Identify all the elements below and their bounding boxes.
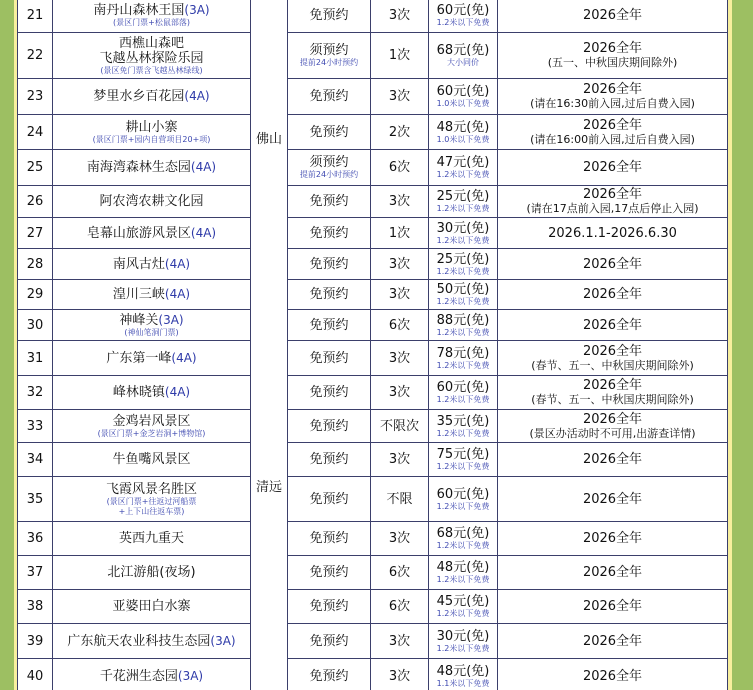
spot-name-cell: 皂幕山旅游风景区(4A): [53, 218, 251, 249]
booking-status: 免预约: [288, 492, 370, 507]
booking-cell: 免预约: [288, 280, 371, 310]
spot-name: 千花洲生态园: [100, 669, 178, 684]
table-row: 31 广东第一峰(4A) 免预约 3次 78元(免) 1.2米以下免费 2026…: [18, 341, 728, 376]
price-note: 1.2米以下免费: [429, 429, 497, 439]
spot-name-cell: 飞霞风景名胜区 (景区门票+往返过河船票 +上下山往返车票): [53, 477, 251, 522]
spot-name: 南风古灶: [113, 257, 165, 272]
valid-period: 2026全年: [498, 565, 727, 580]
spot-name-cell: 牛鱼嘴风景区: [53, 443, 251, 477]
row-number: 29: [18, 280, 53, 310]
period-note: (春节、五一、中秋国庆期间除外): [498, 393, 727, 407]
booking-status: 免预约: [288, 226, 370, 241]
usage-times: 3次: [371, 186, 429, 218]
booking-status: 须预约: [288, 43, 370, 58]
price-cell: 60元(免) 1.2米以下免费: [429, 477, 498, 522]
booking-cell: 免预约: [288, 556, 371, 590]
ticket-price: 60元(免): [429, 487, 497, 502]
valid-period: 2026全年: [498, 118, 727, 133]
table-row: 24 耕山小寨 (景区门票+园内自营项目20+项) 免预约 2次 48元(免) …: [18, 115, 728, 150]
table-row: 29 湟川三峡(4A) 清远 免预约 3次 50元(免) 1.2米以下免费 20…: [18, 280, 728, 310]
right-green-border: [732, 0, 753, 690]
usage-times: 6次: [371, 310, 429, 341]
booking-status: 免预约: [288, 385, 370, 400]
usage-times: 3次: [371, 341, 429, 376]
ticket-price: 78元(免): [429, 346, 497, 361]
valid-period-cell: 2026全年: [498, 522, 728, 556]
spot-name: 梦里水乡百花园: [93, 89, 184, 104]
booking-status: 免预约: [288, 599, 370, 614]
valid-period-cell: 2026全年 (请在16:30前入园,过后自费入园): [498, 79, 728, 115]
spot-name: 阿农湾农耕文化园: [99, 194, 203, 209]
valid-period-cell: 2026全年: [498, 443, 728, 477]
booking-status: 免预约: [288, 89, 370, 104]
table-row: 37 北江游船(夜场) 免预约 6次 48元(免) 1.2米以下免费 2026全…: [18, 556, 728, 590]
row-number: 36: [18, 522, 53, 556]
valid-period: 2026全年: [498, 378, 727, 393]
spot-name-note: (神仙笔洞门票): [53, 328, 250, 338]
ticket-price: 25元(免): [429, 189, 497, 204]
table-row: 33 金鸡岩风景区 (景区门票+金芝岩洞+博物馆) 免预约 不限次 35元(免)…: [18, 410, 728, 443]
valid-period: 2026全年: [498, 82, 727, 97]
price-note: 1.2米以下免费: [429, 361, 497, 371]
booking-status: 免预约: [288, 287, 370, 302]
price-cell: 75元(免) 1.2米以下免费: [429, 443, 498, 477]
spot-level: (3A): [184, 3, 209, 17]
valid-period-cell: 2026全年 (春节、五一、中秋国庆期间除外): [498, 376, 728, 410]
spot-name: 湟川三峡: [113, 287, 165, 302]
valid-period-cell: 2026全年: [498, 0, 728, 33]
period-note: (请在17点前入园,17点后停止入园): [498, 202, 727, 216]
spot-name-cell: 湟川三峡(4A): [53, 280, 251, 310]
table-row: 23 梦里水乡百花园(4A) 免预约 3次 60元(免) 1.0米以下免费 20…: [18, 79, 728, 115]
booking-cell: 免预约: [288, 0, 371, 33]
booking-cell: 免预约: [288, 443, 371, 477]
table-row: 39 广东航天农业科技生态园(3A) 免预约 3次 30元(免) 1.2米以下免…: [18, 624, 728, 659]
booking-status: 免预约: [288, 194, 370, 209]
spot-level: (4A): [191, 226, 216, 240]
spot-name-cell: 英西九重天: [53, 522, 251, 556]
valid-period: 2026.1.1-2026.6.30: [498, 226, 727, 241]
row-number: 24: [18, 115, 53, 150]
period-note: (春节、五一、中秋国庆期间除外): [498, 359, 727, 373]
row-number: 34: [18, 443, 53, 477]
valid-period-cell: 2026全年: [498, 590, 728, 624]
valid-period: 2026全年: [498, 599, 727, 614]
table-row: 30 神峰关(3A) (神仙笔洞门票) 免预约 6次 88元(免) 1.2米以下…: [18, 310, 728, 341]
spot-name-cell: 南丹山森林王国(3A) (景区门票+松鼠部落): [53, 0, 251, 33]
valid-period-cell: 2026全年: [498, 249, 728, 280]
table-row: 21 南丹山森林王国(3A) (景区门票+松鼠部落) 佛山 免预约 3次 60元…: [18, 0, 728, 33]
table-row: 36 英西九重天 免预约 3次 68元(免) 1.2米以下免费 2026全年: [18, 522, 728, 556]
row-number: 21: [18, 0, 53, 33]
price-note: 1.0米以下免费: [429, 99, 497, 109]
booking-status: 免预约: [288, 351, 370, 366]
usage-times: 不限次: [371, 410, 429, 443]
booking-status: 免预约: [288, 669, 370, 684]
spot-name-cell: 神峰关(3A) (神仙笔洞门票): [53, 310, 251, 341]
valid-period: 2026全年: [498, 257, 727, 272]
valid-period: 2026全年: [498, 160, 727, 175]
table-row: 25 南海湾森林生态园(4A) 须预约 提前24小时预约 6次 47元(免) 1…: [18, 150, 728, 186]
booking-note: 提前24小时预约: [288, 58, 370, 68]
booking-status: 须预约: [288, 155, 370, 170]
ticket-price: 48元(免): [429, 120, 497, 135]
valid-period: 2026全年: [498, 531, 727, 546]
spot-name-note: (景区免门票含飞越丛林绿线): [53, 66, 250, 76]
price-note: 1.2米以下免费: [429, 236, 497, 246]
booking-status: 免预约: [288, 318, 370, 333]
ticket-price: 30元(免): [429, 629, 497, 644]
period-note: (请在16:00前入园,过后自费入园): [498, 133, 727, 147]
price-note: 1.0米以下免费: [429, 135, 497, 145]
booking-status: 免预约: [288, 8, 370, 23]
spot-name-cell: 亚婆田白水寨: [53, 590, 251, 624]
spot-name-note: (景区门票+金芝岩洞+博物馆): [53, 429, 250, 439]
usage-times: 3次: [371, 79, 429, 115]
price-cell: 60元(免) 1.2米以下免费: [429, 0, 498, 33]
price-note: 1.2米以下免费: [429, 502, 497, 512]
ticket-price: 25元(免): [429, 252, 497, 267]
price-cell: 30元(免) 1.2米以下免费: [429, 624, 498, 659]
spot-name-cell: 南风古灶(4A): [53, 249, 251, 280]
price-note: 1.2米以下免费: [429, 267, 497, 277]
usage-times: 3次: [371, 249, 429, 280]
valid-period: 2026全年: [498, 187, 727, 202]
period-note: (五一、中秋国庆期间除外): [498, 56, 727, 70]
spot-name: 北江游船(夜场): [107, 565, 195, 580]
valid-period-cell: 2026全年 (请在17点前入园,17点后停止入园): [498, 186, 728, 218]
price-note: 1.2米以下免费: [429, 297, 497, 307]
booking-status: 免预约: [288, 257, 370, 272]
ticket-price: 35元(免): [429, 414, 497, 429]
period-note: (请在16:30前入园,过后自费入园): [498, 97, 727, 111]
usage-times: 1次: [371, 218, 429, 249]
price-note: 1.2米以下免费: [429, 541, 497, 551]
booking-cell: 须预约 提前24小时预约: [288, 33, 371, 79]
row-number: 33: [18, 410, 53, 443]
price-note: 1.2米以下免费: [429, 170, 497, 180]
booking-cell: 免预约: [288, 376, 371, 410]
valid-period: 2026全年: [498, 492, 727, 507]
spot-level: (4A): [165, 257, 190, 271]
spot-level: (4A): [184, 89, 209, 103]
row-number: 25: [18, 150, 53, 186]
row-number: 23: [18, 79, 53, 115]
period-note: (景区办活动时不可用,出游查详情): [498, 427, 727, 441]
row-number: 31: [18, 341, 53, 376]
price-note: 1.2米以下免费: [429, 328, 497, 338]
booking-cell: 免预约: [288, 249, 371, 280]
ticket-price: 88元(免): [429, 313, 497, 328]
city-cell-qingyuan: 清远: [251, 280, 288, 690]
price-cell: 60元(免) 1.0米以下免费: [429, 79, 498, 115]
spot-name: 皂幕山旅游风景区: [87, 226, 191, 241]
valid-period-cell: 2026全年 (景区办活动时不可用,出游查详情): [498, 410, 728, 443]
valid-period-cell: 2026全年: [498, 624, 728, 659]
row-number: 28: [18, 249, 53, 280]
valid-period-cell: 2026全年: [498, 477, 728, 522]
spot-name: 亚婆田白水寨: [112, 599, 190, 614]
booking-status: 免预约: [288, 531, 370, 546]
spot-name-cell: 金鸡岩风景区 (景区门票+金芝岩洞+博物馆): [53, 410, 251, 443]
booking-status: 免预约: [288, 125, 370, 140]
table-row: 34 牛鱼嘴风景区 免预约 3次 75元(免) 1.2米以下免费 2026全年: [18, 443, 728, 477]
ticket-price: 48元(免): [429, 560, 497, 575]
price-cell: 35元(免) 1.2米以下免费: [429, 410, 498, 443]
spot-name: 峰林晓镇: [113, 385, 165, 400]
valid-period-cell: 2026全年: [498, 280, 728, 310]
ticket-price: 48元(免): [429, 664, 497, 679]
row-number: 39: [18, 624, 53, 659]
table-row: 22 西樵山森吧 飞越丛林探险乐园 (景区免门票含飞越丛林绿线) 须预约 提前2…: [18, 33, 728, 79]
spot-name: 飞霞风景名胜区: [106, 482, 197, 497]
row-number: 27: [18, 218, 53, 249]
spot-name-cell: 阿农湾农耕文化园: [53, 186, 251, 218]
booking-status: 免预约: [288, 634, 370, 649]
spot-name-cell: 广东第一峰(4A): [53, 341, 251, 376]
price-cell: 88元(免) 1.2米以下免费: [429, 310, 498, 341]
usage-times: 3次: [371, 659, 429, 690]
usage-times: 3次: [371, 0, 429, 33]
ticket-price: 75元(免): [429, 447, 497, 462]
spot-name: 广东航天农业科技生态园: [67, 634, 210, 649]
price-note: 1.1米以下免费: [429, 679, 497, 689]
spot-name: 耕山小寨: [125, 120, 177, 135]
booking-cell: 免预约: [288, 341, 371, 376]
ticket-price: 68元(免): [429, 526, 497, 541]
spot-name-cell: 广东航天农业科技生态园(3A): [53, 624, 251, 659]
valid-period-cell: 2026.1.1-2026.6.30: [498, 218, 728, 249]
spot-name: 金鸡岩风景区: [112, 414, 190, 429]
spot-name: 英西九重天: [119, 531, 184, 546]
spot-name-cell: 峰林晓镇(4A): [53, 376, 251, 410]
valid-period-cell: 2026全年 (请在16:00前入园,过后自费入园): [498, 115, 728, 150]
usage-times: 1次: [371, 33, 429, 79]
spot-name-note: (景区门票+往返过河船票 +上下山往返车票): [53, 497, 250, 517]
valid-period: 2026全年: [498, 452, 727, 467]
price-note: 1.2米以下免费: [429, 575, 497, 585]
price-cell: 48元(免) 1.1米以下免费: [429, 659, 498, 690]
price-cell: 48元(免) 1.0米以下免费: [429, 115, 498, 150]
spot-level: (3A): [158, 313, 183, 327]
booking-cell: 免预约: [288, 659, 371, 690]
valid-period: 2026全年: [498, 412, 727, 427]
ticket-price: 60元(免): [429, 380, 497, 395]
ticket-price: 50元(免): [429, 282, 497, 297]
usage-times: 3次: [371, 443, 429, 477]
city-cell-foshan: 佛山: [251, 0, 288, 280]
table-row: 32 峰林晓镇(4A) 免预约 3次 60元(免) 1.2米以下免费 2026全…: [18, 376, 728, 410]
booking-cell: 免预约: [288, 590, 371, 624]
price-note: 1.2米以下免费: [429, 462, 497, 472]
booking-cell: 须预约 提前24小时预约: [288, 150, 371, 186]
price-note: 1.2米以下免费: [429, 644, 497, 654]
spot-name: 南海湾森林生态园: [87, 160, 191, 175]
booking-status: 免预约: [288, 419, 370, 434]
spot-name-note: (景区门票+园内自营项目20+项): [53, 135, 250, 145]
ticket-price: 47元(免): [429, 155, 497, 170]
valid-period: 2026全年: [498, 344, 727, 359]
booking-status: 免预约: [288, 565, 370, 580]
spot-name: 西樵山森吧 飞越丛林探险乐园: [99, 36, 203, 66]
spot-name-cell: 西樵山森吧 飞越丛林探险乐园 (景区免门票含飞越丛林绿线): [53, 33, 251, 79]
valid-period-cell: 2026全年 (春节、五一、中秋国庆期间除外): [498, 341, 728, 376]
valid-period-cell: 2026全年: [498, 659, 728, 690]
booking-cell: 免预约: [288, 79, 371, 115]
spot-level: (4A): [171, 351, 196, 365]
valid-period: 2026全年: [498, 287, 727, 302]
price-cell: 78元(免) 1.2米以下免费: [429, 341, 498, 376]
price-cell: 47元(免) 1.2米以下免费: [429, 150, 498, 186]
price-cell: 25元(免) 1.2米以下免费: [429, 186, 498, 218]
valid-period-cell: 2026全年: [498, 150, 728, 186]
table-row: 26 阿农湾农耕文化园 免预约 3次 25元(免) 1.2米以下免费 2026全…: [18, 186, 728, 218]
spot-name-cell: 南海湾森林生态园(4A): [53, 150, 251, 186]
usage-times: 6次: [371, 556, 429, 590]
price-cell: 30元(免) 1.2米以下免费: [429, 218, 498, 249]
price-cell: 48元(免) 1.2米以下免费: [429, 556, 498, 590]
price-note: 1.2米以下免费: [429, 18, 497, 28]
valid-period: 2026全年: [498, 8, 727, 23]
spot-level: (4A): [191, 160, 216, 174]
ticket-price: 60元(免): [429, 3, 497, 18]
row-number: 37: [18, 556, 53, 590]
usage-times: 2次: [371, 115, 429, 150]
valid-period: 2026全年: [498, 318, 727, 333]
booking-cell: 免预约: [288, 115, 371, 150]
price-note: 1.2米以下免费: [429, 395, 497, 405]
row-number: 32: [18, 376, 53, 410]
usage-times: 不限: [371, 477, 429, 522]
spot-name: 牛鱼嘴风景区: [112, 452, 190, 467]
row-number: 30: [18, 310, 53, 341]
price-cell: 68元(免) 大小同价: [429, 33, 498, 79]
row-number: 22: [18, 33, 53, 79]
valid-period-cell: 2026全年: [498, 310, 728, 341]
table-row: 27 皂幕山旅游风景区(4A) 免预约 1次 30元(免) 1.2米以下免费 2…: [18, 218, 728, 249]
left-green-border: [0, 0, 14, 690]
table-row: 40 千花洲生态园(3A) 免预约 3次 48元(免) 1.1米以下免费 202…: [18, 659, 728, 690]
booking-cell: 免预约: [288, 218, 371, 249]
usage-times: 3次: [371, 624, 429, 659]
spot-name: 神峰关: [119, 313, 158, 328]
spot-name: 广东第一峰: [106, 351, 171, 366]
spot-name-cell: 千花洲生态园(3A): [53, 659, 251, 690]
valid-period: 2026全年: [498, 634, 727, 649]
table-row: 28 南风古灶(4A) 免预约 3次 25元(免) 1.2米以下免费 2026全…: [18, 249, 728, 280]
usage-times: 6次: [371, 150, 429, 186]
spot-name-cell: 耕山小寨 (景区门票+园内自营项目20+项): [53, 115, 251, 150]
valid-period: 2026全年: [498, 41, 727, 56]
booking-cell: 免预约: [288, 410, 371, 443]
valid-period-cell: 2026全年 (五一、中秋国庆期间除外): [498, 33, 728, 79]
usage-times: 3次: [371, 522, 429, 556]
booking-cell: 免预约: [288, 624, 371, 659]
booking-cell: 免预约: [288, 186, 371, 218]
spot-name: 南丹山森林王国: [93, 3, 184, 18]
row-number: 26: [18, 186, 53, 218]
price-note: 1.2米以下免费: [429, 609, 497, 619]
price-cell: 45元(免) 1.2米以下免费: [429, 590, 498, 624]
ticket-price: 60元(免): [429, 84, 497, 99]
ticket-price: 68元(免): [429, 43, 497, 58]
spot-level: (4A): [165, 385, 190, 399]
booking-status: 免预约: [288, 452, 370, 467]
table-row: 38 亚婆田白水寨 免预约 6次 45元(免) 1.2米以下免费 2026全年: [18, 590, 728, 624]
booking-cell: 免预约: [288, 310, 371, 341]
booking-note: 提前24小时预约: [288, 170, 370, 180]
ticket-price: 30元(免): [429, 221, 497, 236]
usage-times: 3次: [371, 280, 429, 310]
price-cell: 68元(免) 1.2米以下免费: [429, 522, 498, 556]
row-number: 35: [18, 477, 53, 522]
price-note: 大小同价: [429, 58, 497, 68]
row-number: 40: [18, 659, 53, 690]
spot-name-cell: 梦里水乡百花园(4A): [53, 79, 251, 115]
valid-period-cell: 2026全年: [498, 556, 728, 590]
price-cell: 60元(免) 1.2米以下免费: [429, 376, 498, 410]
spot-level: (4A): [165, 287, 190, 301]
price-cell: 25元(免) 1.2米以下免费: [429, 249, 498, 280]
spot-name-note: (景区门票+松鼠部落): [53, 18, 250, 28]
booking-cell: 免预约: [288, 522, 371, 556]
spot-level: (3A): [178, 669, 203, 683]
spot-name-cell: 北江游船(夜场): [53, 556, 251, 590]
ticket-price: 45元(免): [429, 594, 497, 609]
usage-times: 3次: [371, 376, 429, 410]
price-cell: 50元(免) 1.2米以下免费: [429, 280, 498, 310]
scenic-spot-table: 21 南丹山森林王国(3A) (景区门票+松鼠部落) 佛山 免预约 3次 60元…: [17, 0, 728, 690]
price-note: 1.2米以下免费: [429, 204, 497, 214]
spot-level: (3A): [210, 634, 235, 648]
valid-period: 2026全年: [498, 669, 727, 684]
table-row: 35 飞霞风景名胜区 (景区门票+往返过河船票 +上下山往返车票) 免预约 不限…: [18, 477, 728, 522]
usage-times: 6次: [371, 590, 429, 624]
booking-cell: 免预约: [288, 477, 371, 522]
row-number: 38: [18, 590, 53, 624]
